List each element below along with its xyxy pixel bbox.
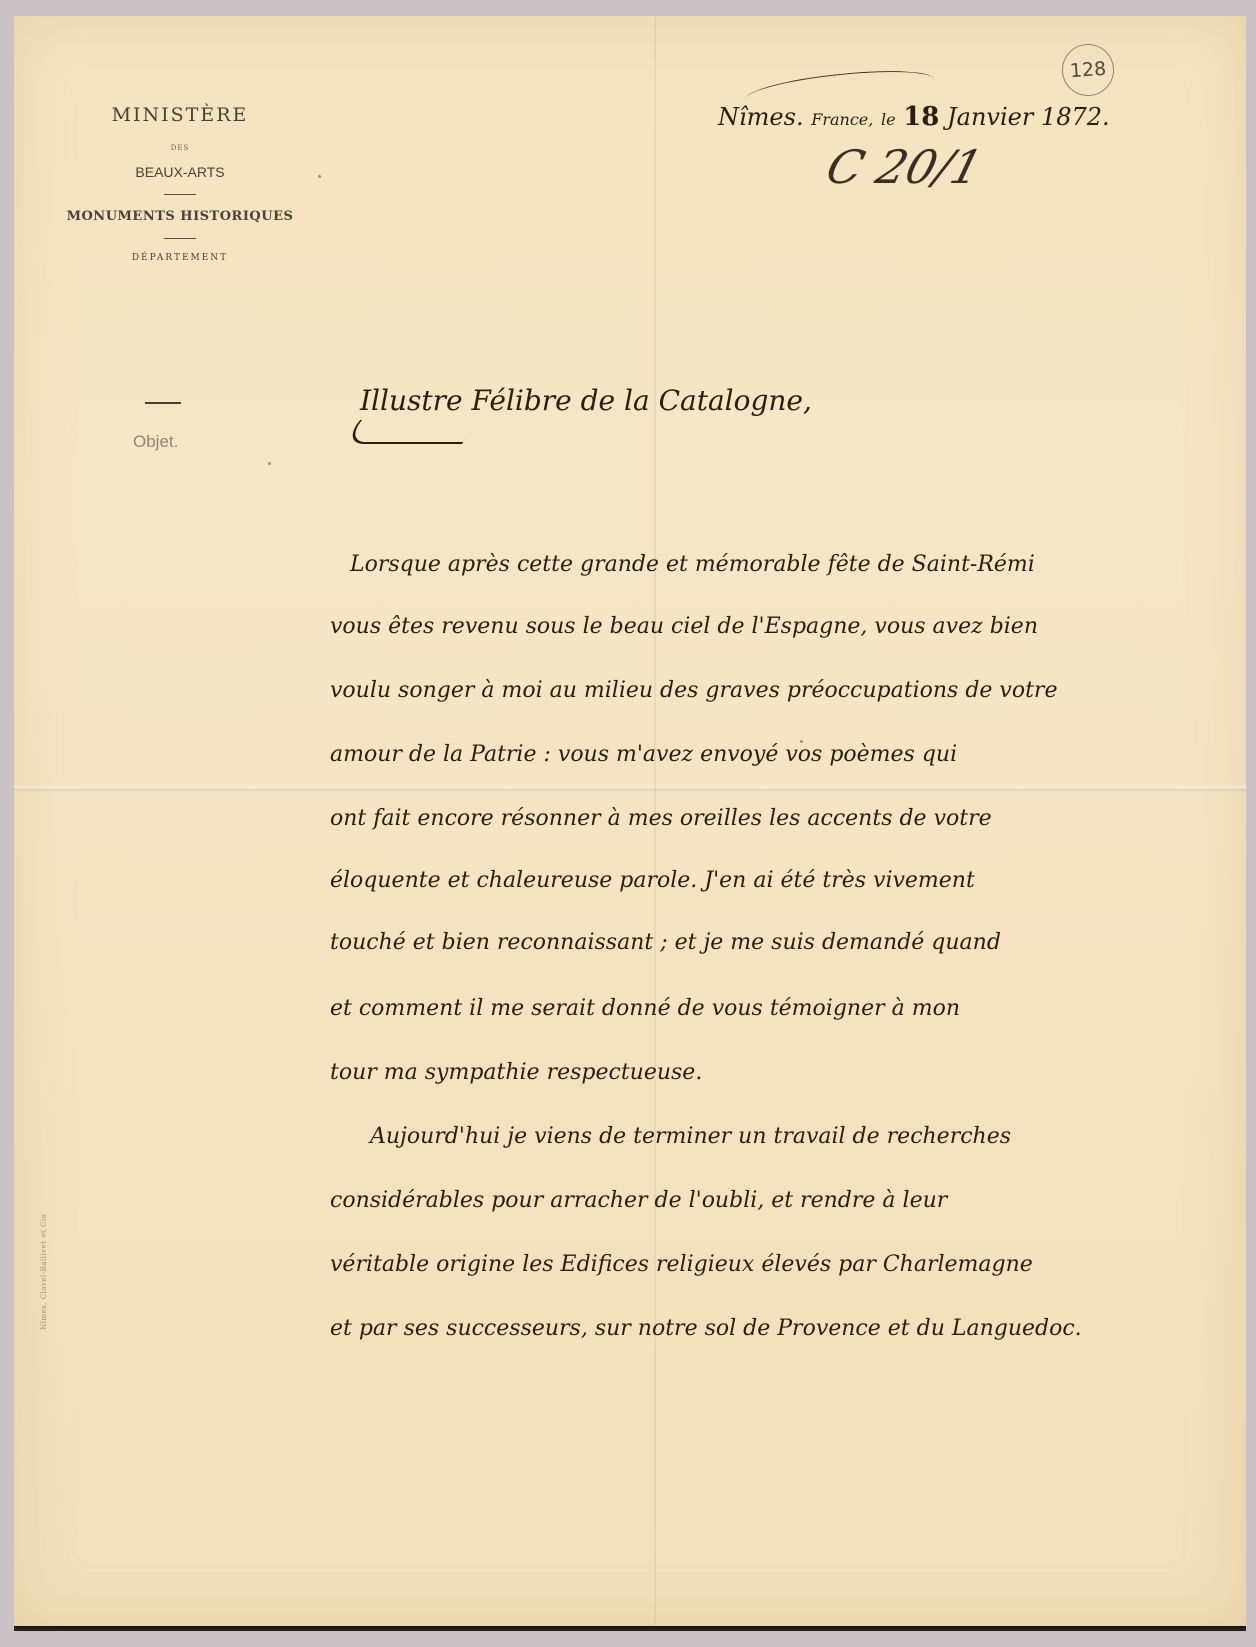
body-line: tour ma sympathie respectueuse. xyxy=(330,1060,702,1085)
dateline-country: France, xyxy=(811,110,873,129)
printer-imprint: Nîmes, Clavel-Ballivet et Cie xyxy=(40,1214,48,1330)
body-line: vous êtes revenu sous le beau ciel de l'… xyxy=(330,614,1038,639)
paper-speck xyxy=(800,740,803,743)
dateline-day: 18 xyxy=(903,102,939,132)
letterhead-des: DES xyxy=(30,144,330,152)
body-line: amour de la Patrie : vous m'avez envoyé … xyxy=(330,742,957,767)
archival-annotation: C 20/1 xyxy=(821,140,989,194)
objet-label: Objet. xyxy=(133,432,178,452)
body-line: Aujourd'hui je viens de terminer un trav… xyxy=(370,1124,1011,1149)
letterhead-monuments: MONUMENTS HISTORIQUES xyxy=(30,209,330,224)
body-line: et comment il me serait donné de vous té… xyxy=(330,996,960,1021)
body-line: éloquente et chaleureuse parole. J'en ai… xyxy=(330,868,975,893)
paper-speck xyxy=(318,175,321,178)
letterhead-ministry: MINISTÈRE xyxy=(30,104,330,126)
archive-number: 128 xyxy=(1069,58,1107,82)
body-line: voulu songer à moi au milieu des graves … xyxy=(330,678,1057,703)
letterhead-rule xyxy=(164,194,196,195)
dateline-le: le xyxy=(881,110,896,129)
horizontal-fold-crease xyxy=(14,786,1246,791)
body-line: et par ses successeurs, sur notre sol de… xyxy=(330,1316,1082,1341)
body-line: touché et bien reconnaissant ; et je me … xyxy=(330,930,1001,955)
body-line: véritable origine les Edifices religieux… xyxy=(330,1252,1033,1277)
letterhead: MINISTÈRE DES BEAUX-ARTS MONUMENTS HISTO… xyxy=(30,90,330,263)
letterhead-beaux-arts: BEAUX-ARTS xyxy=(30,164,330,180)
body-line: ont fait encore résonner à mes oreilles … xyxy=(330,806,992,831)
dateline-month-year: Janvier 1872. xyxy=(947,103,1110,131)
letterhead-departement: DÉPARTEMENT xyxy=(30,253,330,263)
salutation: Illustre Félibre de la Catalogne, xyxy=(360,384,812,417)
letterhead-rule xyxy=(164,238,196,239)
body-line: considérables pour arracher de l'oubli, … xyxy=(330,1188,947,1213)
body-line: Lorsque après cette grande et mémorable … xyxy=(350,552,1035,577)
dateline: Nîmes. France, le 18 Janvier 1872. xyxy=(718,102,1110,132)
objet-rule xyxy=(145,402,181,404)
paper-speck xyxy=(268,462,271,465)
salutation-flourish xyxy=(340,420,482,444)
dateline-city: Nîmes. xyxy=(718,103,804,131)
